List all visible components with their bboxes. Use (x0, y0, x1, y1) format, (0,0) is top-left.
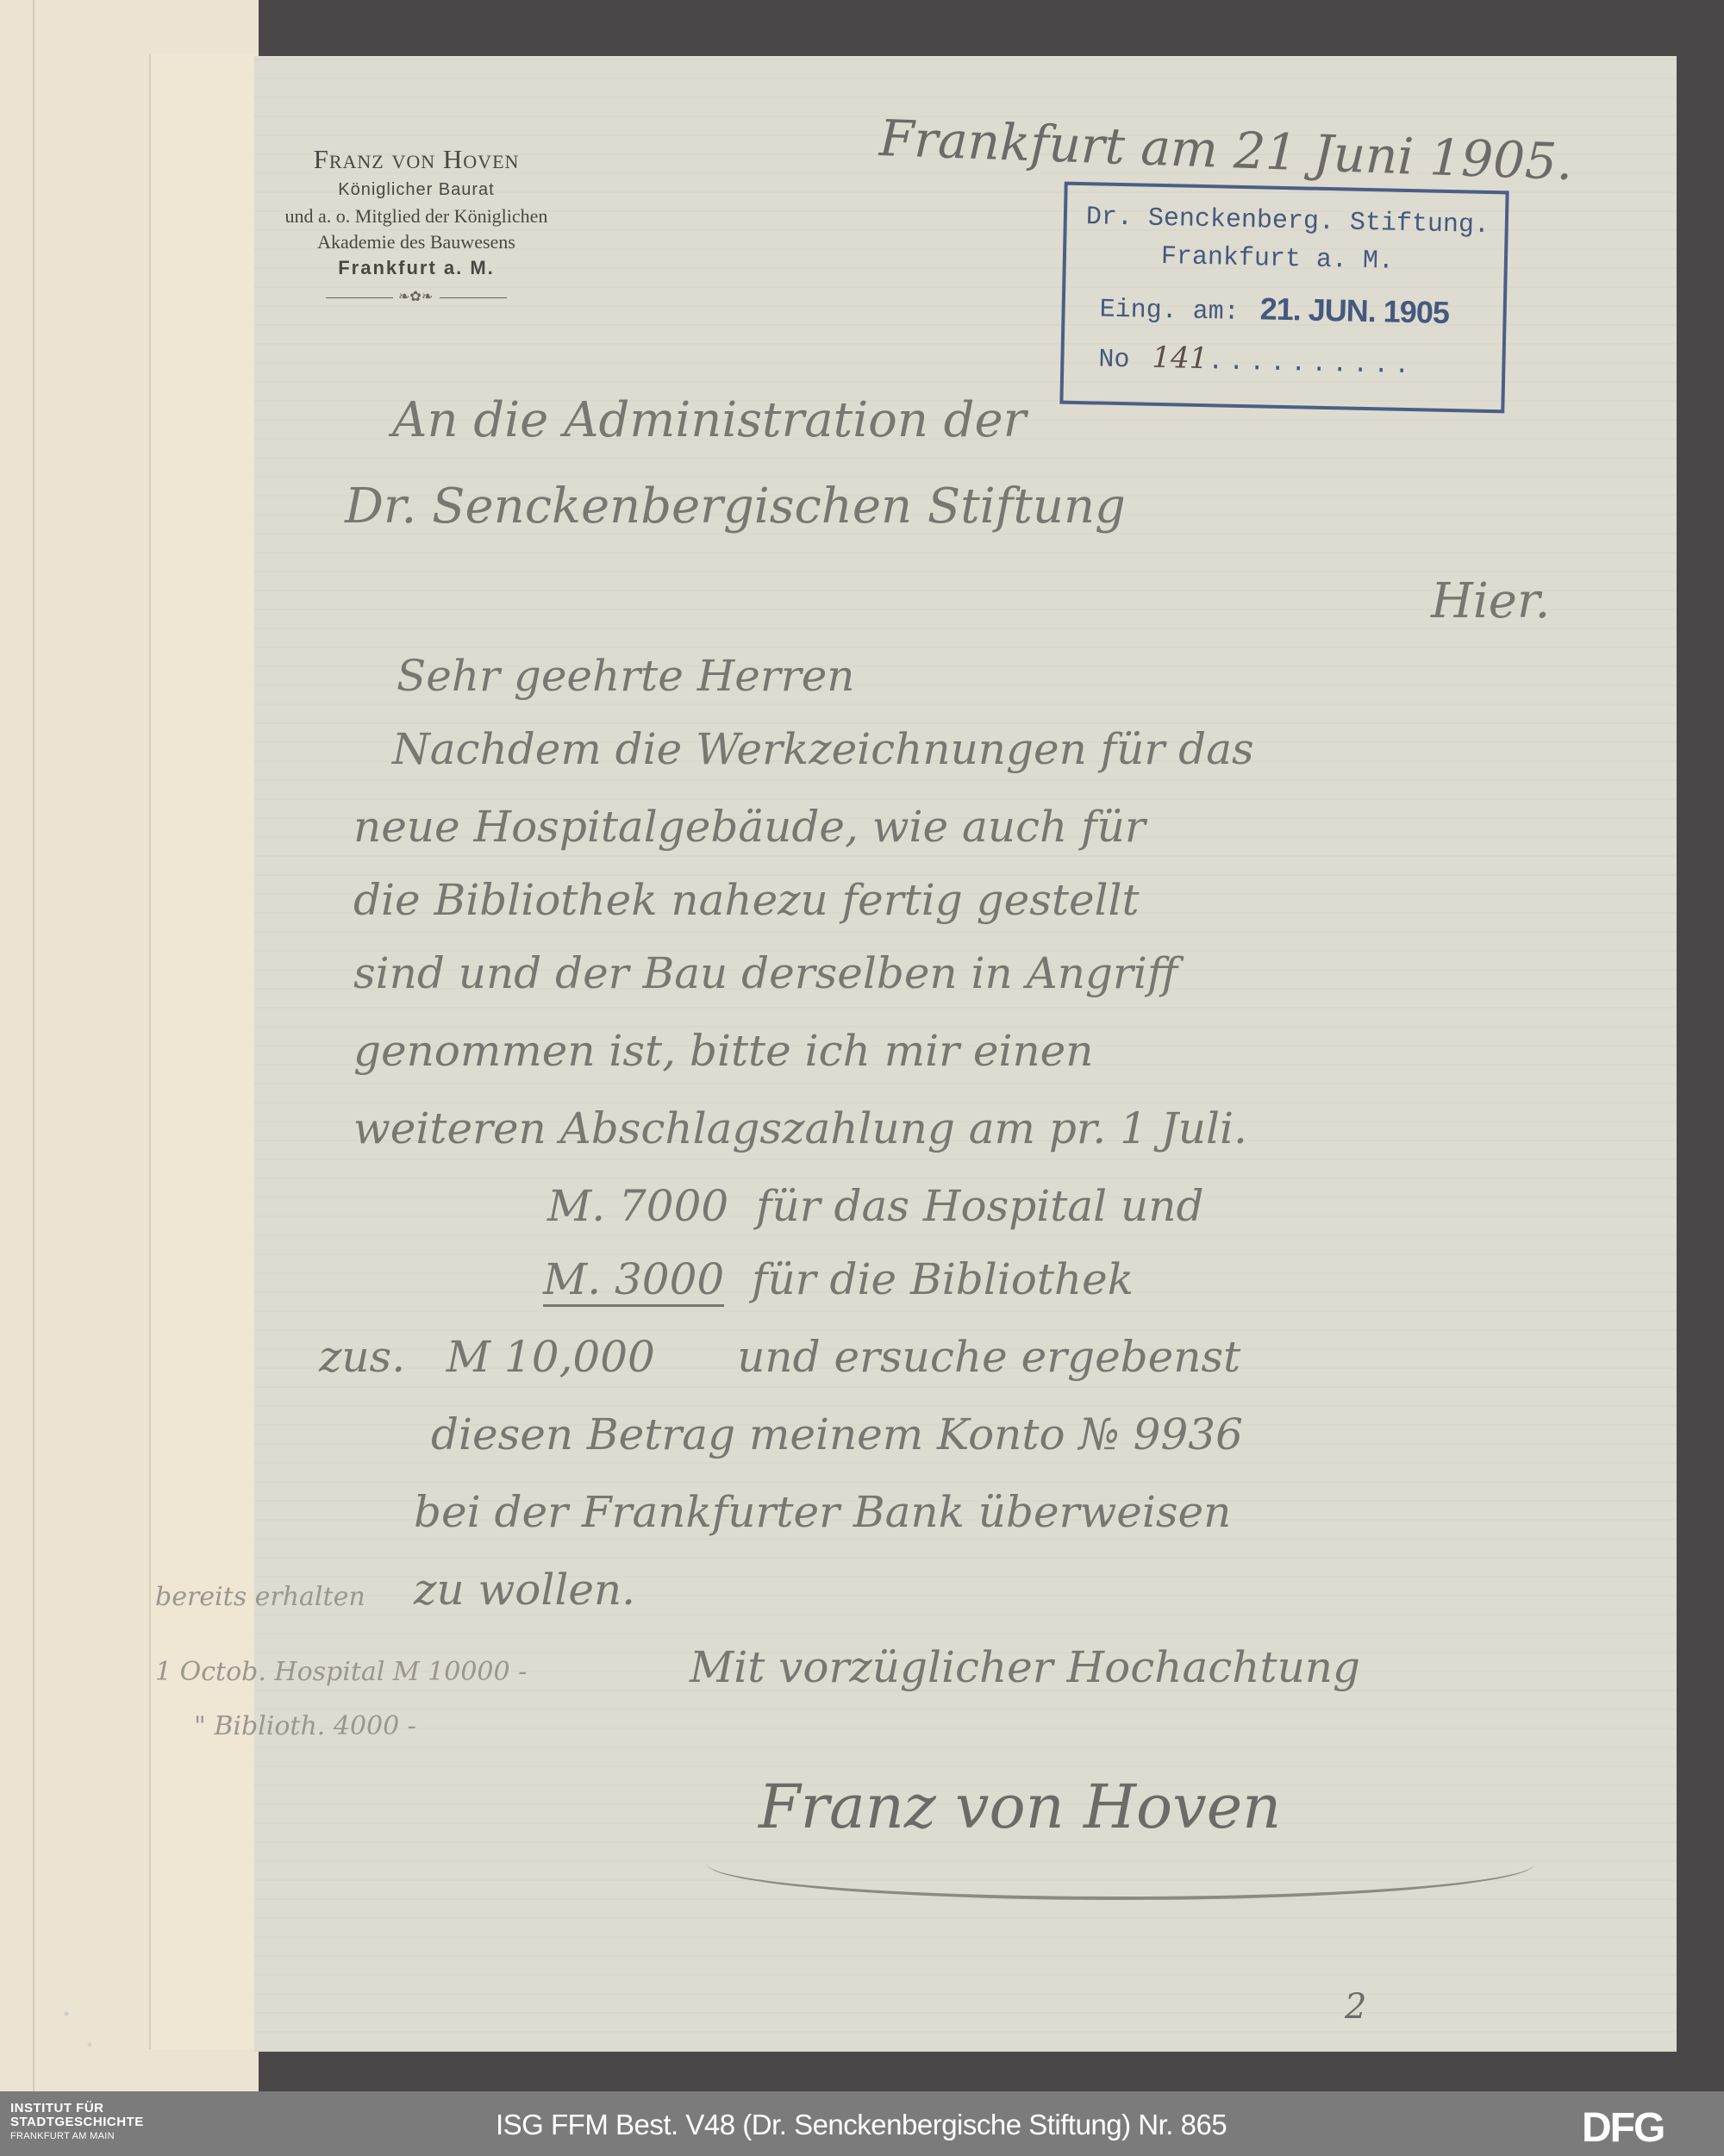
paragraph-line-3: die Bibliothek nahezu fertig gestellt (353, 875, 1140, 925)
letterhead: Franz von Hoven Königlicher Baurat und a… (209, 144, 623, 303)
amount-library-value: M. 3000 (543, 1254, 724, 1307)
amount-library: M. 3000 für die Bibliothek (543, 1254, 1134, 1304)
amount-hospital-value: M. 7000 (547, 1181, 728, 1231)
stamp-number-label: No (1098, 346, 1130, 376)
institution-line-3: FRANKFURT AM MAIN (10, 2129, 144, 2143)
receipt-stamp: Dr. Senckenberg. Stiftung. Frankfurt a. … (1059, 182, 1508, 414)
stamp-received-label: Eing. am: (1099, 296, 1240, 328)
institution-logo[interactable]: INSTITUT FÜR STADTGESCHICHTE FRANKFURT A… (10, 2102, 144, 2143)
paper-flap (151, 53, 259, 2049)
archive-caption: ISG FFM Best. V48 (Dr. Senckenbergische … (496, 2109, 1227, 2141)
salutation: Sehr geehrte Herren (397, 651, 855, 701)
amount-library-text: für die Bibliothek (752, 1254, 1134, 1304)
margin-note-line-2: 1 Octob. Hospital M 10000 - (155, 1657, 527, 1687)
amount-hospital-text: für das Hospital und (756, 1181, 1203, 1231)
margin-note-line-3: " Biblioth. 4000 - (194, 1711, 416, 1741)
paragraph-line-4: sind und der Bau derselben in Angriff (353, 948, 1177, 998)
page-fold (33, 0, 34, 2091)
paragraph-line-6: weiteren Abschlagszahlung am pr. 1 Juli. (353, 1103, 1247, 1153)
institution-line-2: STADTGESCHICHTE (10, 2115, 144, 2129)
address-line-2: Dr. Senckenbergischen Stiftung (345, 478, 1126, 534)
paper-stains (43, 1983, 121, 2086)
closing-line-1: diesen Betrag meinem Konto № 9936 (431, 1409, 1243, 1459)
page-number: 2 (1345, 1987, 1366, 2027)
amount-total: zus. M 10,000 und ersuche ergebenst (319, 1332, 1240, 1382)
stamp-line-1: Dr. Senckenberg. Stiftung. (1086, 203, 1490, 241)
dfg-logo[interactable]: DFG (1582, 2107, 1664, 2150)
letterhead-city: Frankfurt a. M. (209, 257, 623, 279)
letterhead-name: Franz von Hoven (209, 144, 623, 175)
stamp-line-2: Frankfurt a. M. (1161, 242, 1395, 277)
margin-note-line-1: bereits erhalten (155, 1582, 365, 1612)
letterhead-title: Königlicher Baurat (209, 180, 623, 200)
archive-footer: INSTITUT FÜR STADTGESCHICHTE FRANKFURT A… (0, 2091, 1724, 2156)
institution-line-1: INSTITUT FÜR (10, 2102, 144, 2115)
total-prefix: zus. (319, 1332, 405, 1382)
signature-flourish (707, 1828, 1534, 1900)
letterhead-line-1: und a. o. Mitglied der Königlichen (209, 203, 623, 229)
stamp-received: Eing. am:21. JUN. 1905 (1099, 288, 1449, 332)
total-text: und ersuche ergebenst (737, 1332, 1240, 1382)
valediction: Mit vorzüglicher Hochachtung (690, 1642, 1360, 1692)
stamp-number: No141.......... (1098, 340, 1415, 382)
paragraph-line-1: Nachdem die Werkzeichnungen für das (392, 724, 1254, 774)
paragraph-line-2: neue Hospitalgebäude, wie auch für (353, 802, 1146, 852)
stamp-number-dots: .......... (1208, 347, 1415, 381)
address-line-3: Hier. (1431, 573, 1550, 629)
paragraph-line-5: genommen ist, bitte ich mir einen (353, 1026, 1093, 1076)
total-amount: M 10,000 (447, 1332, 655, 1382)
closing-line-3: zu wollen. (414, 1565, 635, 1615)
stamp-received-date: 21. JUN. 1905 (1259, 291, 1449, 330)
ornament-glyph: ❧✿❧ (398, 288, 433, 305)
stamp-number-value: 141 (1152, 341, 1209, 376)
letterhead-line-2: Akademie des Bauwesens (209, 229, 623, 255)
closing-line-2: bei der Frankfurter Bank überweisen (414, 1487, 1231, 1537)
address-line-1: An die Administration der (392, 392, 1026, 448)
ornament-divider-icon: ❧✿❧ (326, 291, 507, 303)
amount-hospital: M. 7000 für das Hospital und (547, 1181, 1203, 1231)
